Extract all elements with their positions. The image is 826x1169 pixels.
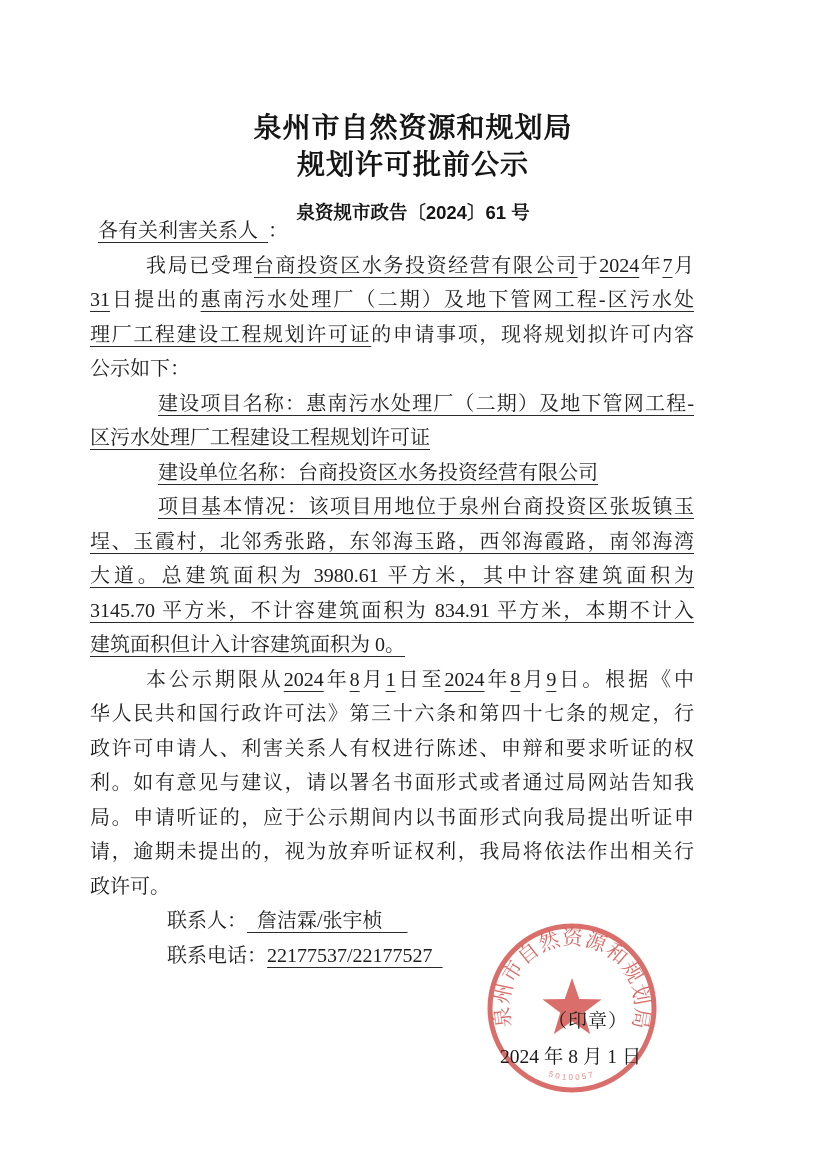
body-line: 局。申请听证的，应于公示期间内以书面形式向我局提出听证申 [90, 801, 694, 836]
body-line: 项目基本情况：该项目用地位于泉州台商投资区张坂镇玉 [90, 490, 694, 525]
body-line: 埕、玉霞村，北邻秀张路，东邻海玉路，西邻海霞路，南邻海湾 [90, 525, 694, 560]
agency-title: 泉州市自然资源和规划局 [0, 106, 826, 146]
underlined-text: 埕、玉霞村，北邻秀张路，东邻海玉路，西邻海霞路，南邻海湾 [90, 531, 694, 553]
plain-text: 我局已受理 [146, 255, 254, 277]
seal-label: （印章） [548, 1006, 628, 1033]
underlined-text: 各有关利害关系人 [98, 220, 268, 242]
seal-date: 2024 年 8 月 1 日 [500, 1041, 641, 1069]
plain-text: 局。申请听证的，应于公示期间内以书面形式向我局提出听证申 [90, 807, 694, 829]
notice-document-page: 泉州市自然资源和规划局 规划许可批前公示 泉资规市政告〔2024〕61 号 各有… [0, 0, 826, 1169]
plain-text: 日。根据《中 [556, 669, 694, 691]
underlined-text: 8 [510, 669, 520, 691]
body-line: 我局已受理台商投资区水务投资经营有限公司于2024年7月 [90, 249, 694, 284]
plain-text: 日至 [396, 669, 445, 691]
underlined-text: 建设项目名称：惠南污水处理厂（二期）及地下管网工程- [158, 393, 694, 415]
plain-text: 月 [672, 255, 694, 277]
plain-text: 年 [324, 669, 350, 691]
body-line: 31日提出的惠南污水处理厂（二期）及地下管网工程-区污水处 [90, 283, 694, 318]
underlined-text: 9 [546, 669, 556, 691]
plain-text: 联系电话： [167, 945, 267, 967]
body-line: 建设项目名称：惠南污水处理厂（二期）及地下管网工程- [90, 387, 694, 422]
plain-text: 本公示期限从 [146, 669, 284, 691]
body-line: 利。如有意见与建议，请以署名书面形式或者通过局网站告知我 [90, 766, 694, 801]
underlined-text: 2024 [284, 669, 324, 691]
document-body: 各有关利害关系人 ：我局已受理台商投资区水务投资经营有限公司于2024年7月31… [90, 214, 694, 973]
plain-text: 月 [520, 669, 546, 691]
underlined-text: 建筑面积但计入计容建筑面积为 0。 [90, 634, 405, 656]
svg-text:5010057: 5010057 [547, 1069, 596, 1082]
body-line: 建筑面积但计入计容建筑面积为 0。 [90, 628, 694, 663]
plain-text: 华人民共和国行政许可法》第三十六条和第四十七条的规定，行 [90, 703, 694, 725]
underlined-text: 2024 [444, 669, 484, 691]
body-line: 建设单位名称：台商投资区水务投资经营有限公司 [90, 456, 694, 491]
plain-text: 年 [639, 255, 662, 277]
seal-serial: 5010057 [547, 1069, 596, 1082]
underlined-text: 3145.70 平方米，不计容建筑面积为 834.91 平方米，本期不计入 [90, 600, 694, 622]
body-line: 政许可申请人、利害关系人有权进行陈述、申辩和要求听证的权 [90, 732, 694, 767]
underlined-text: 理厂工程建设工程规划许可证 [90, 324, 371, 346]
body-line: 3145.70 平方米，不计容建筑面积为 834.91 平方米，本期不计入 [90, 594, 694, 629]
underlined-text: 2024 [599, 255, 639, 277]
underlined-text: 詹洁霖/张宇桢 [247, 910, 408, 932]
underlined-text: 大道。总建筑面积为 3980.61 平方米，其中计容建筑面积为 [90, 565, 694, 587]
plain-text: 于 [578, 255, 600, 277]
plain-text: 联系人： [167, 910, 247, 932]
body-line: 政许可。 [90, 870, 694, 905]
body-line: 本公示期限从2024年8月1日至2024年8月9日。根据《中 [90, 663, 694, 698]
plain-text: 公示如下： [90, 358, 190, 380]
underlined-text: 7 [662, 255, 672, 277]
underlined-text: 22177537/22177527 [267, 945, 443, 967]
underlined-text: 31 [90, 289, 110, 311]
plain-text: 利。如有意见与建议，请以署名书面形式或者通过局网站告知我 [90, 772, 694, 794]
body-line: 请，逾期未提出的，视为放弃听证权利，我局将依法作出相关行 [90, 835, 694, 870]
body-line: 公示如下： [90, 352, 694, 387]
plain-text: 请，逾期未提出的，视为放弃听证权利，我局将依法作出相关行 [90, 841, 694, 863]
underlined-text: 项目基本情况：该项目用地位于泉州台商投资区张坂镇玉 [158, 496, 694, 518]
body-line: 大道。总建筑面积为 3980.61 平方米，其中计容建筑面积为 [90, 559, 694, 594]
plain-text: 年 [484, 669, 510, 691]
plain-text: 政许可。 [90, 876, 170, 898]
plain-text: 的申请事项，现将规划拟许可内容 [371, 324, 694, 346]
body-line: 各有关利害关系人 ： [90, 214, 694, 249]
plain-text: ： [268, 220, 288, 242]
notice-title: 规划许可批前公示 [0, 143, 826, 183]
body-line: 理厂工程建设工程规划许可证的申请事项，现将规划拟许可内容 [90, 318, 694, 353]
body-line: 区污水处理厂工程建设工程规划许可证 [90, 421, 694, 456]
underlined-text: 区污水处理厂工程建设工程规划许可证 [90, 427, 430, 449]
underlined-text: 建设单位名称：台商投资区水务投资经营有限公司 [158, 462, 598, 484]
underlined-text: 台商投资区水务投资经营有限公司 [254, 255, 578, 277]
plain-text: 日提出的 [110, 289, 201, 311]
body-line: 华人民共和国行政许可法》第三十六条和第四十七条的规定，行 [90, 697, 694, 732]
underlined-text: 1 [386, 669, 396, 691]
plain-text: 月 [360, 669, 386, 691]
underlined-text: 惠南污水处理厂（二期）及地下管网工程-区污水处 [201, 289, 694, 311]
underlined-text: 8 [350, 669, 360, 691]
plain-text: 政许可申请人、利害关系人有权进行陈述、申辩和要求听证的权 [90, 738, 694, 760]
